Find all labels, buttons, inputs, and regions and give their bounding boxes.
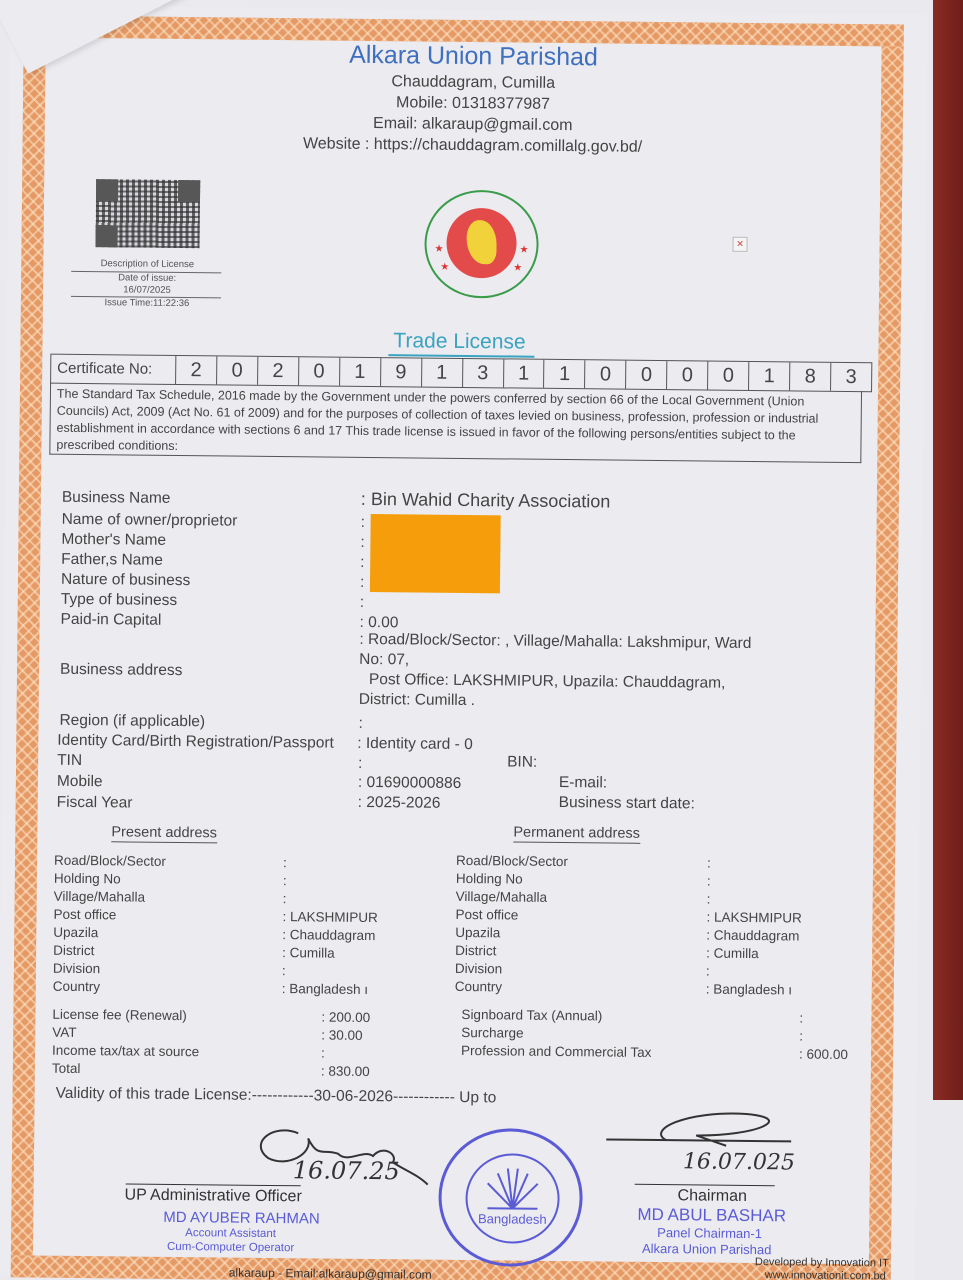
nature-value: : <box>360 574 365 592</box>
permanent-address-label: Upazila <box>455 925 500 940</box>
business-start-date-label: Business start date: <box>559 794 695 813</box>
chairman-title: Chairman <box>677 1187 747 1206</box>
business-address-line: No: 07, <box>359 651 409 670</box>
present-address-label: Upazila <box>53 925 98 940</box>
fiscal-year-value: : 2025-2026 <box>358 794 441 813</box>
fee-right-value: : <box>799 1029 803 1044</box>
nature-label: Nature of business <box>61 571 190 590</box>
certificate-digit: 8 <box>790 362 831 390</box>
officer-stamp-name: MD AYUBER RAHMAN <box>163 1209 320 1228</box>
present-address-value: : Cumilla <box>282 945 335 961</box>
father-value: : <box>360 554 365 572</box>
permanent-address-value: : Cumilla <box>706 946 759 962</box>
present-address-label: District <box>53 943 94 958</box>
fee-left-label: Income tax/tax at source <box>52 1043 199 1060</box>
license-description: Description of License <box>67 258 227 271</box>
father-label: Father,s Name <box>61 551 163 570</box>
table-edge <box>933 0 963 1100</box>
fee-right-value: : <box>799 1011 803 1026</box>
certificate-digit: 0 <box>585 360 626 388</box>
fee-right-label: Profession and Commercial Tax <box>461 1043 651 1060</box>
issue-time: Issue Time:11:22:36 <box>67 297 227 310</box>
tin-label: TIN <box>57 752 82 770</box>
fee-left-label: License fee (Renewal) <box>52 1007 186 1023</box>
permanent-address-value: : Chauddagram <box>706 928 799 944</box>
present-address-title: Present address <box>111 824 217 843</box>
permanent-address-label: District <box>455 943 496 958</box>
email-label: E-mail: <box>559 774 607 793</box>
permanent-address-value: : <box>706 964 710 979</box>
qr-code-icon <box>95 179 200 248</box>
business-address-label: Business address <box>60 661 183 680</box>
present-address-label: Village/Mahalla <box>54 889 145 905</box>
certificate-digit: 0 <box>626 361 667 389</box>
broken-image-icon: ✕ <box>732 237 747 252</box>
present-address-label: Division <box>53 961 100 976</box>
business-address-line: District: Cumilla . <box>359 691 475 710</box>
chairman-stamp-line: Alkara Union Parishad <box>642 1241 772 1257</box>
business-name-label: Business Name <box>62 489 171 508</box>
permanent-address-title: Permanent address <box>513 825 640 844</box>
fiscal-year-label: Fiscal Year <box>57 794 133 813</box>
redaction-block <box>370 514 501 593</box>
present-address-value: : Bangladesh ı <box>282 981 368 997</box>
mobile-value: : 01690000886 <box>358 774 462 793</box>
chairman-stamp-line: Panel Chairman-1 <box>657 1225 762 1241</box>
officer-handwritten-date: 16.07.25 <box>293 1156 400 1185</box>
present-address-label: Country <box>53 979 100 994</box>
present-address-value: : <box>282 963 286 978</box>
certificate-digit: 0 <box>299 357 340 385</box>
present-address-label: Post office <box>53 907 116 923</box>
region-value: : <box>358 715 363 733</box>
certificate-label: Certificate No: <box>51 355 176 384</box>
permanent-address-value: : <box>707 874 711 889</box>
mother-label: Mother's Name <box>61 531 166 550</box>
capital-value: : 0.00 <box>359 614 398 632</box>
fee-right-label: Signboard Tax (Annual) <box>461 1007 602 1023</box>
certificate-paper: Alkara Union Parishad Chauddagram, Cumil… <box>0 5 928 1280</box>
certificate-digit: 1 <box>422 359 463 387</box>
permanent-address-label: Holding No <box>456 871 523 887</box>
officer-title: UP Administrative Officer <box>124 1186 301 1206</box>
fee-left-value: : <box>321 1046 325 1061</box>
tin-value: : <box>358 755 363 773</box>
officer-stamp-line: Account Assistant <box>185 1227 276 1240</box>
owner-value: : <box>361 514 366 532</box>
certificate-digit: 1 <box>544 360 585 388</box>
issue-date-value: 16/07/2025 <box>67 284 227 297</box>
certificate-digit: 0 <box>667 361 708 389</box>
permanent-address-value: : <box>707 892 711 907</box>
certificate-digit: 3 <box>831 363 871 391</box>
certificate-digit: 1 <box>749 362 790 390</box>
permanent-address-value: : Bangladesh ı <box>706 982 792 998</box>
fee-right-value: : 600.00 <box>799 1047 848 1063</box>
certificate-digit: 0 <box>708 362 749 390</box>
fee-left-label: Total <box>52 1061 81 1076</box>
permanent-address-label: Village/Mahalla <box>456 889 547 905</box>
issue-date-label: Date of issue: <box>67 272 227 285</box>
present-address-value: : <box>283 855 287 870</box>
present-address-label: Holding No <box>54 871 121 887</box>
government-seal-icon: ★ ★ ★ ★ <box>424 190 539 299</box>
chairman-handwritten-date: 16.07.025 <box>683 1149 795 1175</box>
seal-center-text: Bangladesh <box>467 1211 557 1227</box>
water-lily-icon <box>467 1163 558 1214</box>
permanent-address-label: Country <box>455 979 502 994</box>
region-label: Region (if applicable) <box>59 712 205 732</box>
certificate-digit: 1 <box>504 359 545 387</box>
chairman-stamp-name: MD ABUL BASHAR <box>637 1205 786 1227</box>
present-address-value: : LAKSHMIPUR <box>282 909 377 925</box>
present-address-value: : <box>283 873 287 888</box>
developer-credit: Developed by Innovation IT <box>755 1256 889 1269</box>
permanent-address-label: Road/Block/Sector <box>456 853 568 869</box>
certificate-digit: 0 <box>217 356 258 384</box>
permanent-address-value: : LAKSHMIPUR <box>706 910 801 926</box>
footer-email: alkaraup - Email:alkaraup@gmail.com <box>229 1266 432 1280</box>
type-label: Type of business <box>61 591 178 610</box>
present-address-value: : Chauddagram <box>282 927 375 943</box>
fee-left-label: VAT <box>52 1025 76 1040</box>
union-parishad-seal-icon: Bangladesh <box>438 1128 583 1268</box>
officer-stamp-line: Cum-Computer Operator <box>167 1241 294 1254</box>
developer-url: www.innovationit.com.bd <box>765 1269 886 1280</box>
certificate-digit: 2 <box>258 357 299 385</box>
fee-left-value: : 200.00 <box>321 1010 370 1026</box>
mother-value: : <box>360 534 365 552</box>
identity-value: : Identity card - 0 <box>357 735 473 754</box>
certificate-digit: 3 <box>463 359 504 387</box>
legal-preamble: The Standard Tax Schedule, 2016 made by … <box>49 383 862 463</box>
permanent-address-label: Post office <box>455 907 518 923</box>
owner-label: Name of owner/proprietor <box>62 511 238 531</box>
certificate-digit: 2 <box>176 356 217 384</box>
business-name-value: : Bin Wahid Charity Association <box>361 489 611 513</box>
permanent-address-label: Division <box>455 961 502 976</box>
certificate-digit: 9 <box>381 358 422 386</box>
identity-label: Identity Card/Birth Registration/Passpor… <box>57 732 334 753</box>
permanent-address-value: : <box>707 856 711 871</box>
fee-left-value: : 30.00 <box>321 1028 362 1043</box>
business-address-line: Post Office: LAKSHMIPUR, Upazila: Chaudd… <box>369 671 726 693</box>
fee-left-value: : 830.00 <box>321 1064 370 1080</box>
mobile-label: Mobile <box>57 773 103 791</box>
type-value: : <box>360 594 365 612</box>
certificate-digit: 1 <box>340 358 381 386</box>
capital-label: Paid-in Capital <box>60 611 161 630</box>
present-address-label: Road/Block/Sector <box>54 853 166 869</box>
fee-right-label: Surcharge <box>461 1025 523 1041</box>
present-address-value: : <box>283 891 287 906</box>
bin-label: BIN: <box>507 753 537 771</box>
